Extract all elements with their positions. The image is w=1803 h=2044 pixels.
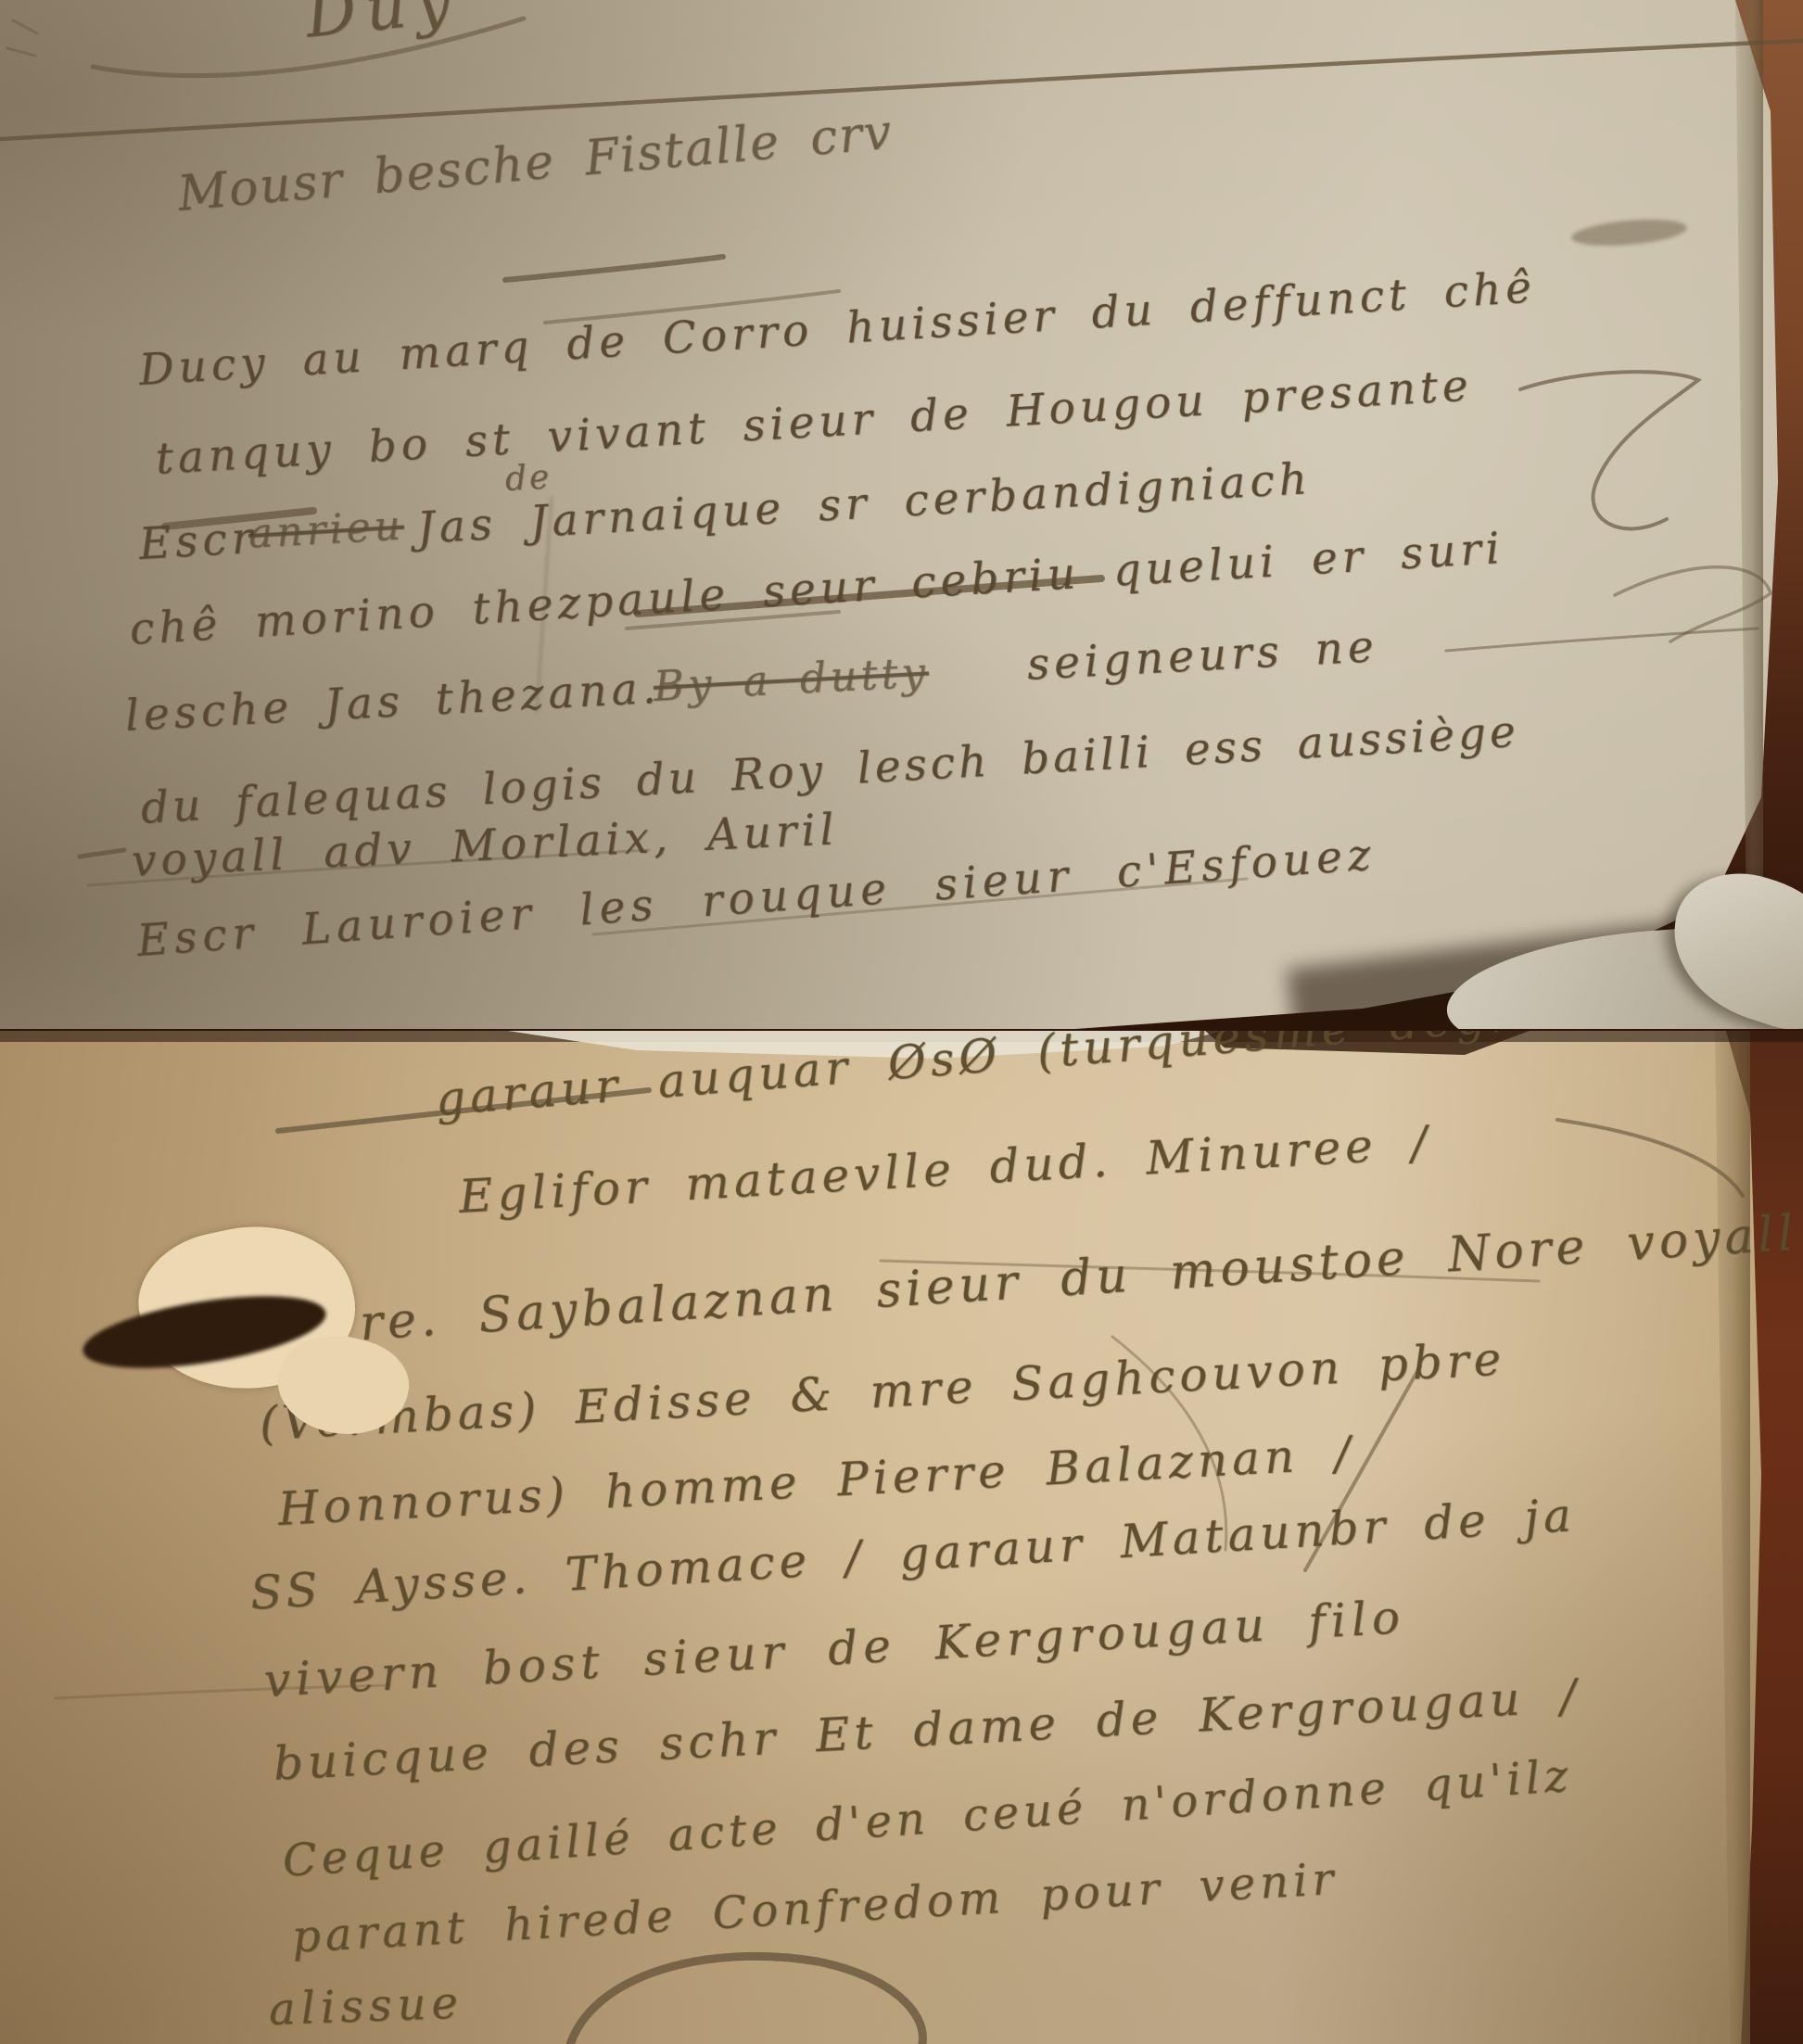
heading-underline <box>505 257 723 280</box>
photo-bottom-page: garaur auquar ØsØ (turquesme degrée Egli… <box>0 1029 1803 2044</box>
ruled-line <box>0 41 1803 139</box>
superscript-word: de <box>504 458 552 499</box>
pen-trials <box>7 20 37 56</box>
bracket-flourish <box>1520 372 1698 528</box>
struck-word: anrieu <box>248 502 406 558</box>
manuscript-line-segment: Escr <box>137 513 258 570</box>
manuscript-photo-collage: Duy Mousr besche Fistalle crv Ducy au ma… <box>0 0 1803 2044</box>
bottom-flourish <box>570 1956 922 2044</box>
manuscript-line: alissue <box>268 1977 464 2036</box>
photo-top-page: Duy Mousr besche Fistalle crv Ducy au ma… <box>0 0 1803 1029</box>
tail-flourish <box>1557 1120 1743 1196</box>
tail-stroke <box>1446 628 1758 651</box>
margin-dash <box>80 850 124 857</box>
